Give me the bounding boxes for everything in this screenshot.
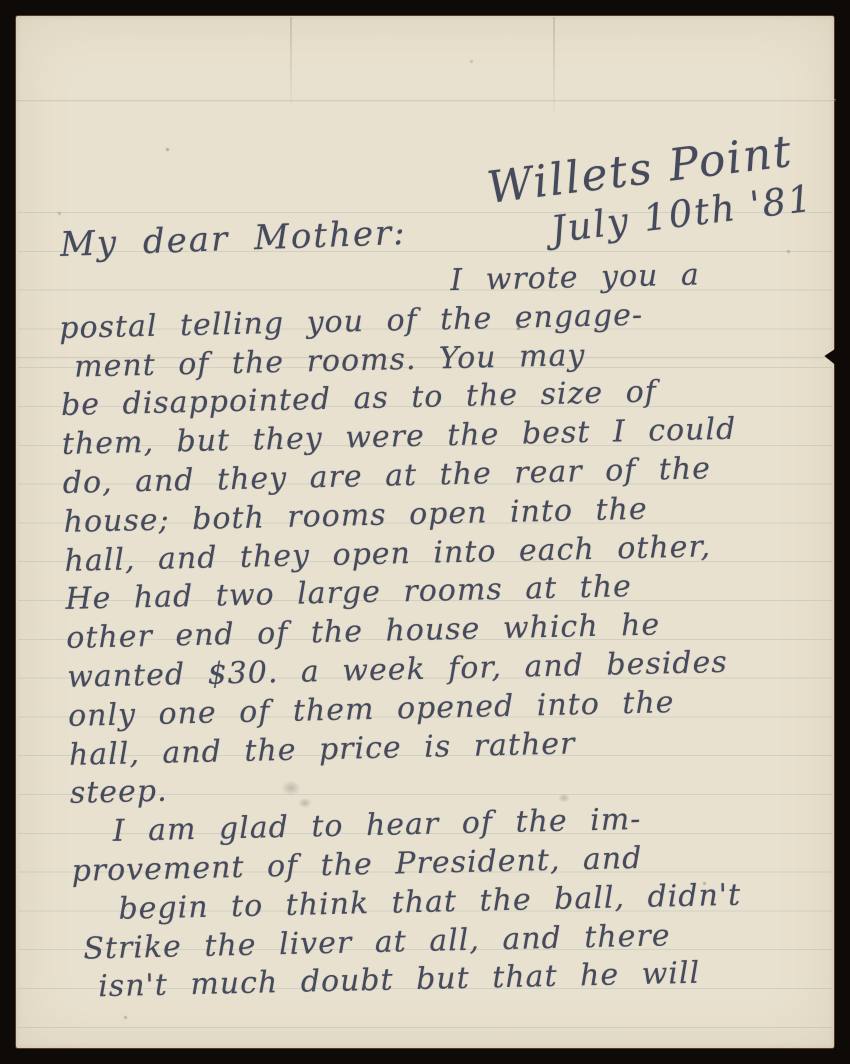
- letter-body: I wrote you a postal telling you of the …: [58, 253, 850, 1008]
- scan-background: Willets Point July 10th '81 My dear Moth…: [0, 0, 850, 1064]
- paper-speckles: [0, 0, 3, 3]
